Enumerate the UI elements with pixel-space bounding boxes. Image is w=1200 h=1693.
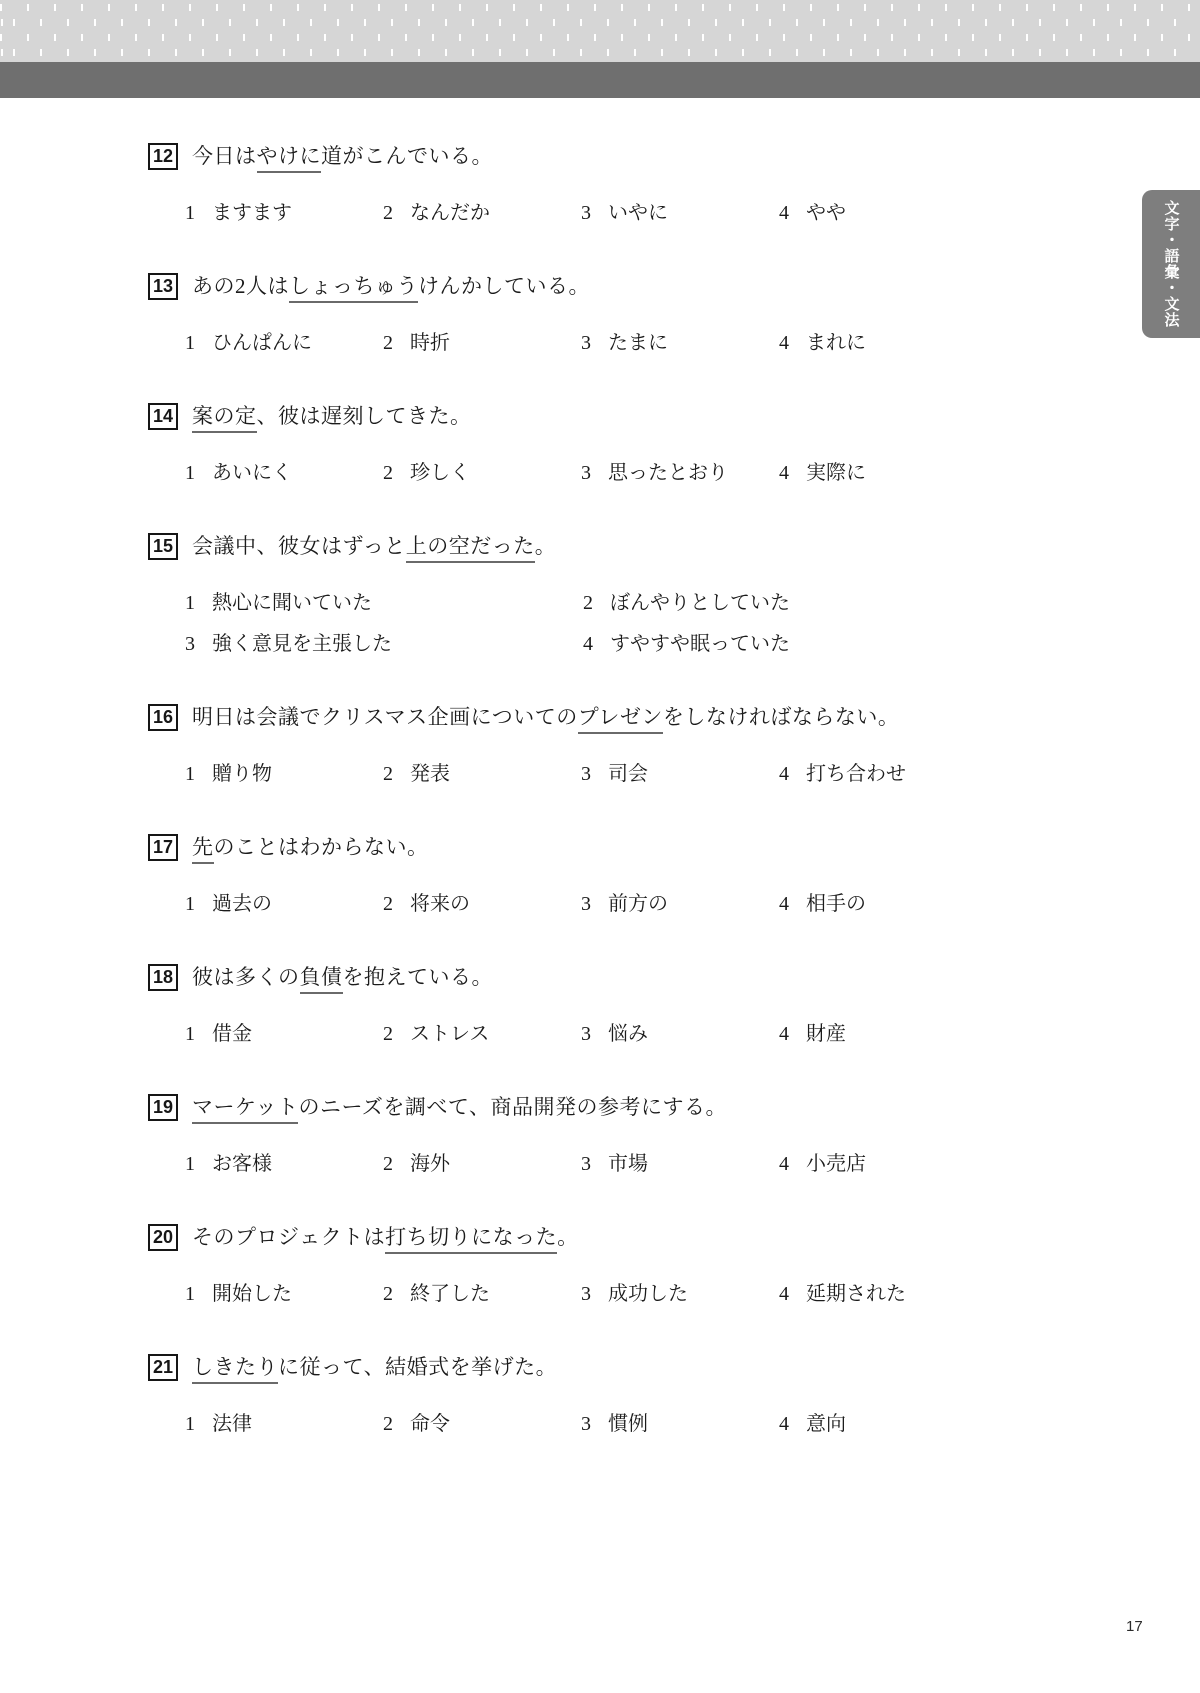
option-label: あいにく [212,462,292,485]
answer-options: 1熱心に聞いていた2ぼんやりとしていた3強く意見を主張した4すやすや眠っていた [185,592,977,656]
option-item: 2命令 [383,1413,581,1436]
option-label: 終了した [410,1283,490,1306]
question-number-badge: 20 [148,1224,178,1251]
option-label: やや [806,202,846,225]
option-item: 2珍しく [383,462,581,485]
stem-underlined-text: 案の定 [192,404,257,433]
answer-options: 1贈り物2発表3司会4打ち合わせ [185,763,977,786]
option-label: 珍しく [410,462,470,485]
stem-underlined-text: しょっちゅう [289,274,418,303]
option-label: 意向 [806,1413,846,1436]
option-label: 強く意見を主張した [212,633,392,656]
option-label: 熱心に聞いていた [212,592,372,615]
dot-row [0,34,1200,41]
option-number: 4 [779,462,789,485]
option-label: お客様 [212,1153,272,1176]
question-number-badge: 19 [148,1094,178,1121]
question-stem: しきたりに従って、結婚式を挙げた。 [192,1352,557,1383]
option-number: 1 [185,202,195,225]
stem-pre-text: 明日は会議でクリスマス企画についての [192,705,578,729]
stem-post-text: 道がこんでいる。 [321,144,493,168]
option-number: 2 [383,1153,393,1176]
question-block: 16 明日は会議でクリスマス企画についてのプレゼンをしなければならない。 1贈り… [148,702,1200,786]
stem-post-text: 、彼は遅刻してきた。 [257,404,472,428]
question-number-badge: 12 [148,143,178,170]
header-dotted-band [0,0,1200,62]
option-number: 2 [383,202,393,225]
question-stem-row: 13 あの2人はしょっちゅうけんかしている。 [148,271,1200,302]
option-label: 成功した [608,1283,688,1306]
option-item: 3市場 [581,1153,779,1176]
option-label: ますます [212,202,292,225]
option-number: 2 [383,1283,393,1306]
option-label: 命令 [410,1413,450,1436]
stem-pre-text: 今日は [192,144,257,168]
option-number: 1 [185,1413,195,1436]
option-label: 延期された [806,1283,906,1306]
question-block: 18 彼は多くの負債を抱えている。 1借金2ストレス3悩み4財産 [148,962,1200,1046]
answer-options: 1法律2命令3慣例4意向 [185,1413,977,1436]
option-label: 慣例 [608,1413,648,1436]
question-stem-row: 19 マーケットのニーズを調べて、商品開発の参考にする。 [148,1092,1200,1123]
answer-options: 1ひんぱんに2時折3たまに4まれに [185,332,977,355]
option-label: 打ち合わせ [806,763,906,786]
option-item: 2海外 [383,1153,581,1176]
option-number: 2 [383,462,393,485]
option-item: 3強く意見を主張した [185,633,583,656]
option-item: 1借金 [185,1023,383,1046]
header-dark-band [0,62,1200,98]
option-number: 1 [185,1023,195,1046]
option-number: 1 [185,462,195,485]
question-stem: 会議中、彼女はずっと上の空だった。 [192,531,556,562]
stem-underlined-text: プレゼン [578,705,663,734]
option-number: 3 [581,462,591,485]
question-stem: あの2人はしょっちゅうけんかしている。 [192,271,590,302]
stem-post-text: に従って、結婚式を挙げた。 [278,1355,557,1379]
option-number: 2 [383,332,393,355]
option-label: すやすや眠っていた [610,633,790,656]
page-number: 17 [1126,1618,1143,1635]
option-number: 4 [779,202,789,225]
stem-underlined-text: 先 [192,835,214,864]
stem-post-text: 。 [535,534,557,558]
option-item: 3前方の [581,893,779,916]
option-label: 借金 [212,1023,252,1046]
option-label: 悩み [608,1023,648,1046]
stem-underlined-text: マーケット [192,1095,298,1124]
option-number: 4 [779,893,789,916]
stem-post-text: 。 [557,1225,579,1249]
option-item: 1熱心に聞いていた [185,592,583,615]
option-number: 3 [581,332,591,355]
answer-options: 1開始した2終了した3成功した4延期された [185,1283,977,1306]
option-number: 1 [185,1153,195,1176]
question-block: 21 しきたりに従って、結婚式を挙げた。 1法律2命令3慣例4意向 [148,1352,1200,1436]
question-number-badge: 15 [148,533,178,560]
question-block: 20 そのプロジェクトは打ち切りになった。 1開始した2終了した3成功した4延期… [148,1222,1200,1306]
option-item: 2将来の [383,893,581,916]
question-stem-row: 17 先のことはわからない。 [148,832,1200,863]
option-label: たまに [608,332,668,355]
option-item: 1法律 [185,1413,383,1436]
option-item: 4まれに [779,332,977,355]
question-stem-row: 16 明日は会議でクリスマス企画についてのプレゼンをしなければならない。 [148,702,1200,733]
stem-post-text: をしなければならない。 [663,705,900,729]
dot-row [0,49,1200,56]
option-label: いやに [608,202,668,225]
option-item: 4実際に [779,462,977,485]
option-label: 海外 [410,1153,450,1176]
option-label: 小売店 [806,1153,866,1176]
stem-underlined-text: 上の空だった [406,534,535,563]
option-number: 2 [383,893,393,916]
question-block: 19 マーケットのニーズを調べて、商品開発の参考にする。 1お客様2海外3市場4… [148,1092,1200,1176]
stem-post-text: のことはわからない。 [214,835,429,859]
stem-underlined-text: 負債 [300,965,343,994]
option-label: ぼんやりとしていた [610,592,790,615]
question-stem: 案の定、彼は遅刻してきた。 [192,401,472,432]
option-item: 1ひんぱんに [185,332,383,355]
option-label: 過去の [212,893,272,916]
question-stem: マーケットのニーズを調べて、商品開発の参考にする。 [192,1092,727,1123]
option-item: 4小売店 [779,1153,977,1176]
question-stem-row: 21 しきたりに従って、結婚式を挙げた。 [148,1352,1200,1383]
option-item: 4財産 [779,1023,977,1046]
question-stem: 今日はやけに道がこんでいる。 [192,141,493,172]
option-item: 4打ち合わせ [779,763,977,786]
question-block: 14 案の定、彼は遅刻してきた。 1あいにく2珍しく3思ったとおり4実際に [148,401,1200,485]
questions-area: 12 今日はやけに道がこんでいる。 1ますます2なんだか3いやに4やや 13 あ… [0,98,1200,1482]
question-block: 17 先のことはわからない。 1過去の2将来の3前方の4相手の [148,832,1200,916]
question-stem: そのプロジェクトは打ち切りになった。 [192,1222,579,1253]
question-number-badge: 17 [148,834,178,861]
question-stem-row: 15 会議中、彼女はずっと上の空だった。 [148,531,1200,562]
stem-underlined-text: やけに [257,144,322,173]
option-label: 相手の [806,893,866,916]
option-label: ストレス [410,1023,489,1046]
option-number: 2 [383,1023,393,1046]
option-item: 1ますます [185,202,383,225]
dot-row [0,4,1200,11]
option-label: 法律 [212,1413,252,1436]
option-label: ひんぱんに [212,332,312,355]
question-block: 12 今日はやけに道がこんでいる。 1ますます2なんだか3いやに4やや [148,141,1200,225]
answer-options: 1あいにく2珍しく3思ったとおり4実際に [185,462,977,485]
dot-row [0,19,1200,26]
stem-post-text: けんかしている。 [418,274,590,298]
option-label: 市場 [608,1153,648,1176]
option-number: 4 [779,332,789,355]
option-item: 2なんだか [383,202,581,225]
question-stem-row: 18 彼は多くの負債を抱えている。 [148,962,1200,993]
option-number: 1 [185,592,195,615]
stem-post-text: のニーズを調べて、商品開発の参考にする。 [298,1095,727,1119]
answer-options: 1お客様2海外3市場4小売店 [185,1153,977,1176]
option-label: 思ったとおり [608,462,728,485]
option-number: 1 [185,1283,195,1306]
answer-options: 1ますます2なんだか3いやに4やや [185,202,977,225]
option-number: 4 [779,1283,789,1306]
option-item: 3司会 [581,763,779,786]
option-item: 4すやすや眠っていた [583,633,977,656]
option-label: 贈り物 [212,763,272,786]
option-item: 1あいにく [185,462,383,485]
option-item: 3成功した [581,1283,779,1306]
question-number-badge: 21 [148,1354,178,1381]
stem-post-text: を抱えている。 [343,965,494,989]
option-item: 4相手の [779,893,977,916]
option-number: 1 [185,893,195,916]
question-block: 15 会議中、彼女はずっと上の空だった。 1熱心に聞いていた2ぼんやりとしていた… [148,531,1200,656]
question-number-badge: 18 [148,964,178,991]
option-item: 1過去の [185,893,383,916]
question-stem-row: 12 今日はやけに道がこんでいる。 [148,141,1200,172]
option-number: 4 [779,1153,789,1176]
stem-pre-text: あの2人は [192,274,289,298]
question-stem: 明日は会議でクリスマス企画についてのプレゼンをしなければならない。 [192,702,899,733]
question-stem: 彼は多くの負債を抱えている。 [192,962,493,993]
question-number-badge: 14 [148,403,178,430]
option-number: 1 [185,763,195,786]
option-label: なんだか [410,202,490,225]
option-label: 財産 [806,1023,846,1046]
option-item: 1開始した [185,1283,383,1306]
option-label: 開始した [212,1283,292,1306]
option-number: 3 [581,1283,591,1306]
option-number: 4 [583,633,593,656]
option-number: 4 [779,763,789,786]
stem-underlined-text: しきたり [192,1355,278,1384]
option-item: 4意向 [779,1413,977,1436]
question-stem: 先のことはわからない。 [192,832,429,863]
question-number-badge: 13 [148,273,178,300]
option-label: 時折 [410,332,450,355]
option-label: 将来の [410,893,470,916]
question-number-badge: 16 [148,704,178,731]
answer-options: 1借金2ストレス3悩み4財産 [185,1023,977,1046]
option-label: まれに [806,332,866,355]
question-stem-row: 20 そのプロジェクトは打ち切りになった。 [148,1222,1200,1253]
option-item: 3思ったとおり [581,462,779,485]
option-number: 2 [583,592,593,615]
stem-pre-text: そのプロジェクトは [192,1225,385,1249]
answer-options: 1過去の2将来の3前方の4相手の [185,893,977,916]
option-number: 3 [581,202,591,225]
option-item: 1贈り物 [185,763,383,786]
option-label: 実際に [806,462,866,485]
option-item: 3慣例 [581,1413,779,1436]
option-item: 2発表 [383,763,581,786]
option-item: 3悩み [581,1023,779,1046]
stem-pre-text: 会議中、彼女はずっと [192,534,406,558]
option-label: 司会 [608,763,648,786]
option-item: 4やや [779,202,977,225]
option-number: 2 [383,763,393,786]
option-item: 2ぼんやりとしていた [583,592,977,615]
option-item: 1お客様 [185,1153,383,1176]
option-item: 2終了した [383,1283,581,1306]
option-number: 3 [581,1023,591,1046]
option-item: 4延期された [779,1283,977,1306]
stem-underlined-text: 打ち切りになった [385,1225,557,1254]
option-number: 3 [581,1153,591,1176]
option-item: 3いやに [581,202,779,225]
option-number: 3 [581,763,591,786]
option-number: 1 [185,332,195,355]
option-number: 4 [779,1023,789,1046]
option-label: 前方の [608,893,668,916]
option-item: 2時折 [383,332,581,355]
question-stem-row: 14 案の定、彼は遅刻してきた。 [148,401,1200,432]
option-number: 3 [185,633,195,656]
question-block: 13 あの2人はしょっちゅうけんかしている。 1ひんぱんに2時折3たまに4まれに [148,271,1200,355]
option-item: 2ストレス [383,1023,581,1046]
option-item: 3たまに [581,332,779,355]
option-number: 3 [581,893,591,916]
option-number: 4 [779,1413,789,1436]
option-number: 3 [581,1413,591,1436]
option-number: 2 [383,1413,393,1436]
option-label: 発表 [410,763,450,786]
stem-pre-text: 彼は多くの [192,965,300,989]
